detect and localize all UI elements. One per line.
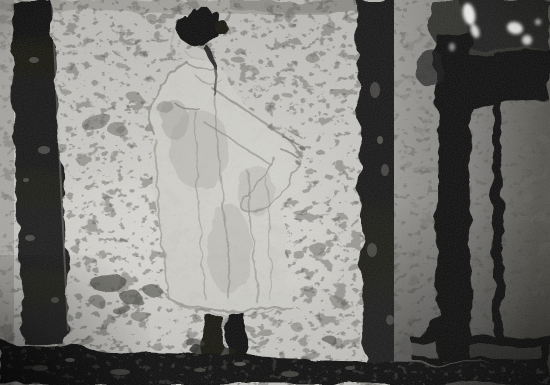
photograph xyxy=(0,0,550,385)
mural-photo-canvas xyxy=(0,0,550,385)
vignette-overlay xyxy=(0,0,550,385)
